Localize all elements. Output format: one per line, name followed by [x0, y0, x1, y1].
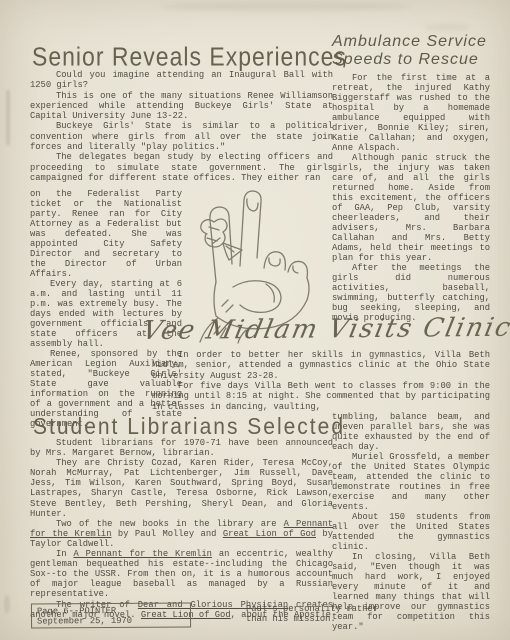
paragraph: Buckeye Girls' State is similar to a pol…	[30, 121, 333, 152]
paragraph: Muriel Grossfeld, a member of the United…	[332, 452, 490, 512]
paragraph: Although panic struck the girls, the inj…	[332, 153, 490, 263]
vee-article-intro: In order to better her skills in gymnast…	[152, 350, 490, 381]
senior-article-title: Senior Reveals Experiences	[32, 42, 347, 72]
scan-smudge	[4, 595, 10, 613]
book-title: A Pennant for the Kremlin	[73, 549, 212, 559]
vee-article-title: Vee Midlam Visits Clinic	[140, 313, 510, 346]
librarians-article-body: Student librarians for 1970-71 have been…	[30, 438, 333, 620]
books-paragraph: Two of the new books in the library are …	[30, 519, 333, 549]
text-run: In	[56, 549, 73, 559]
paragraph: tumbling, balance beam, and uneven paral…	[332, 412, 490, 452]
paragraph: For the first time at a retreat, the inj…	[332, 73, 490, 153]
footer-date-line: September 25, 1970	[37, 615, 185, 626]
scan-smudge	[160, 2, 410, 11]
text-run: Two of the new books in the library are	[56, 519, 284, 529]
paragraph: Could you imagine attending an Inaugural…	[30, 70, 333, 91]
paragraph: For five days Villa Beth went to classes…	[152, 381, 490, 412]
ambulance-title-line2: Speeds to Rescue	[332, 51, 487, 69]
scan-smudge	[6, 90, 10, 145]
paragraph: This is one of the many situations Renee…	[30, 91, 333, 122]
writer-paragraph-continuation: Paul's personality rather than his missi…	[246, 604, 396, 624]
paragraph: They are Christy Cozad, Karen Rider, Ter…	[30, 458, 333, 519]
page-footer-box: Page 6--POINTER September 25, 1970	[31, 602, 191, 628]
kremlin-paragraph: In A Pennant for the Kremlin an eccentri…	[30, 549, 333, 599]
paragraph: Student librarians for 1970-71 have been…	[30, 438, 333, 458]
paragraph: About 150 students from all over the Uni…	[332, 512, 490, 552]
librarians-article-title: Student Librarians Selected	[33, 414, 345, 441]
book-title: Great Lion of God	[223, 529, 316, 539]
vee-article-right-column: tumbling, balance beam, and uneven paral…	[332, 412, 490, 632]
vee-article-wide: For five days Villa Beth went to classes…	[152, 381, 490, 412]
text-run: by Paul Molley and	[111, 529, 222, 539]
scan-smudge	[425, 24, 470, 31]
paragraph: In order to better her skills in gymnast…	[152, 350, 490, 381]
text-run: Paul's personality rather than his missi…	[246, 604, 396, 624]
ambulance-title-line1: Ambulance Service	[332, 33, 487, 51]
newspaper-page: Senior Reveals Experiences Could you ima…	[0, 0, 510, 640]
paragraph: The delegates began study by electing of…	[30, 152, 333, 183]
senior-article-top: Could you imagine attending an Inaugural…	[30, 70, 333, 183]
ambulance-article-body: For the first time at a retreat, the inj…	[332, 73, 490, 323]
paragraph: on the Federalist Party ticket or the Na…	[30, 189, 182, 279]
ambulance-article-title: Ambulance Service Speeds to Rescue	[332, 33, 487, 69]
